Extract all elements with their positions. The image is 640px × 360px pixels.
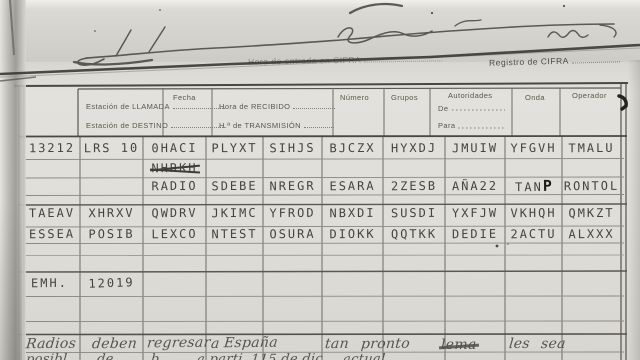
- plaintext-word: tan: [324, 336, 349, 352]
- hora-transmision-label: H.ª de TRANSMISIÓN: [219, 120, 334, 130]
- cipher-cell: NTEST: [207, 227, 262, 242]
- cipher-cell: NREGR: [264, 179, 321, 194]
- plaintext-fragment: de: [96, 352, 114, 360]
- cipher-cell: JMUIW: [446, 141, 504, 157]
- autoridades-para-label: Para: [438, 121, 455, 130]
- cipher-cell: SUSDI: [384, 206, 444, 222]
- cipher-cell: 2ZESB: [384, 179, 444, 195]
- cipher-cell: JKIMC: [207, 206, 262, 221]
- cipher-cell: 0HACI: [144, 141, 205, 157]
- plaintext-fragment: actual: [342, 352, 386, 360]
- cipher-cell: YXFJW: [446, 206, 504, 222]
- number-cell: 12019: [81, 275, 142, 292]
- cipher-cell: QWDRV: [144, 206, 205, 222]
- cipher-cell: LEXCO: [144, 227, 205, 243]
- cipher-cell: ESSEA: [25, 227, 79, 242]
- autoridades-de-label: De: [438, 104, 448, 113]
- cipher-cell: ALXXX: [563, 227, 620, 242]
- plaintext-fragment: a parti: [196, 352, 243, 360]
- onda-label: Onda: [525, 93, 545, 102]
- dotted-leader: [171, 120, 225, 128]
- cipher-cell: 13212: [25, 141, 79, 156]
- dotted-leader: [173, 101, 225, 109]
- cipher-cell: YFGVH: [506, 141, 561, 156]
- plaintext-fragment: b: [150, 352, 160, 360]
- plaintext-word: les: [508, 336, 530, 352]
- cipher-cell: PLYXT: [207, 141, 262, 156]
- plaintext-word: regresar: [146, 335, 211, 352]
- estacion-llamada-label: Estación de LLAMADA: [86, 101, 225, 111]
- overwritten-letter: P: [543, 177, 552, 195]
- autoridades-label: Autoridades: [448, 91, 492, 100]
- plaintext-fragment: posibl: [25, 352, 68, 360]
- plaintext-word: pronto: [360, 336, 411, 353]
- scan-right-edge-shadow: [628, 60, 640, 360]
- cipher-cell: NBXDI: [323, 206, 382, 222]
- cipher-cell: POSIB: [81, 227, 142, 243]
- plaintext-word: sea: [540, 336, 566, 352]
- cipher-cell-struck: NHRKH: [144, 161, 205, 177]
- dotted-leader: [364, 53, 442, 62]
- grupos-label: Grupos: [391, 93, 418, 102]
- plaintext-fragment: 115 de dic: [250, 352, 323, 360]
- cipher-cell: RONTOL: [563, 179, 620, 194]
- cipher-cell: QMKZT: [563, 206, 620, 221]
- hora-recibido-label: Hora de RECIBIDO: [219, 101, 335, 111]
- cipher-cell: SIHJS: [264, 141, 321, 156]
- plaintext-word-struck: lema: [441, 337, 477, 353]
- cipher-cell: VKHQH: [506, 206, 561, 221]
- cipher-cell: TMALU: [563, 141, 620, 156]
- cipher-cell: RADIO: [144, 179, 205, 195]
- cipher-cell: 2ACTU: [506, 227, 561, 242]
- dotted-leader: [304, 120, 334, 128]
- numero-label: Número: [340, 93, 369, 102]
- plaintext-word: deben: [91, 336, 138, 352]
- cipher-cell: DIOKK: [323, 227, 382, 243]
- plaintext-word: a: [210, 336, 220, 352]
- station-id-cell: EMH.: [25, 276, 85, 292]
- cipher-cell: YFROD: [264, 206, 321, 221]
- scanned-cipher-form: Hora de entrada en CIFRA Registro de CIF…: [0, 0, 640, 360]
- cipher-cell: SDEBE: [207, 179, 262, 194]
- plaintext-word: España: [223, 335, 278, 352]
- cipher-cell: OSURA: [264, 227, 321, 242]
- cipher-cell: DEDIE: [446, 227, 504, 243]
- estacion-destino-label: Estación de DESTINO: [86, 120, 225, 130]
- operador-label: Operador: [572, 91, 607, 100]
- cipher-cell: BJCZX: [323, 141, 382, 157]
- scan-left-edge-dark: [0, 200, 22, 360]
- cipher-cell: QQTKK: [384, 227, 444, 243]
- cipher-cell: HYXDJ: [384, 141, 444, 157]
- dotted-leader: [293, 101, 335, 109]
- dotted-leader: [572, 54, 620, 63]
- cipher-cell: LRS 10: [81, 141, 142, 157]
- cipher-cell: ESARA: [323, 179, 382, 195]
- cipher-cell: TANP: [506, 179, 561, 195]
- cipher-cell: TAEAV: [25, 206, 79, 221]
- cipher-cell: AÑA22: [446, 179, 504, 195]
- plaintext-word: Radios: [25, 336, 77, 353]
- cipher-cell: XHRXV: [81, 206, 142, 222]
